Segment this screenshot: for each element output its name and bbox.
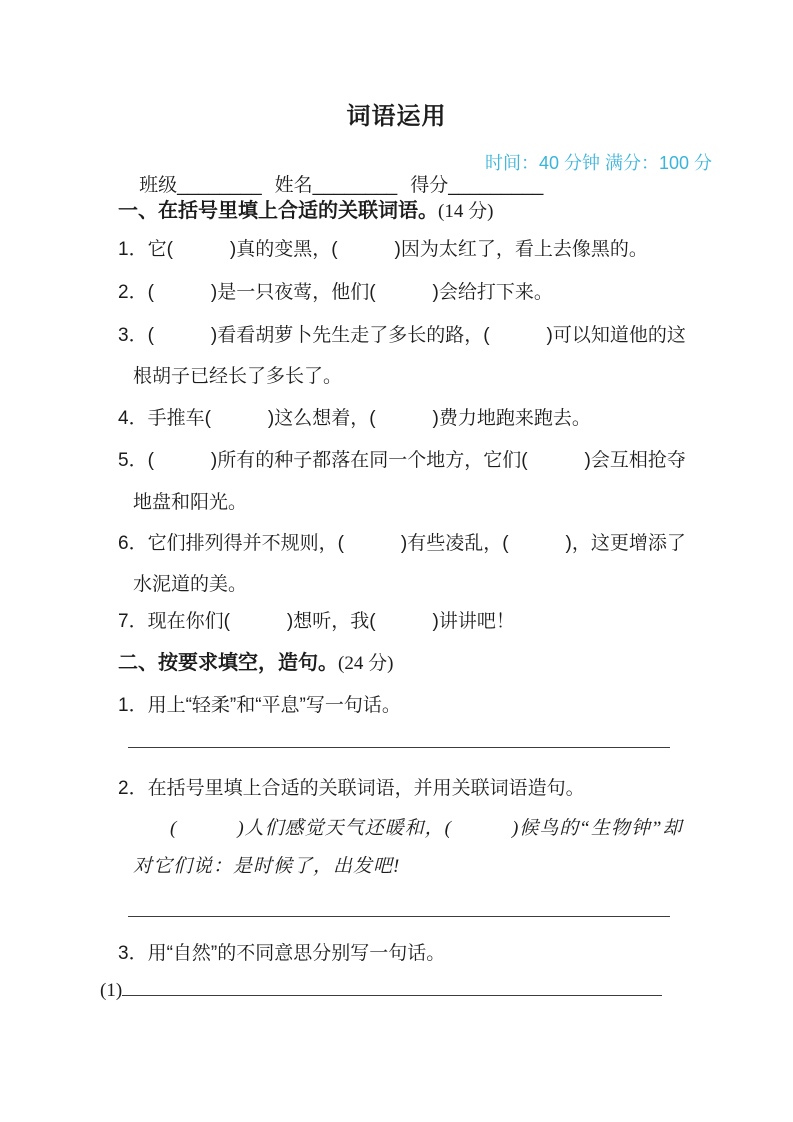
question-line-5-continuation: 地盘和阳光。 [133, 487, 247, 514]
question-line-7: 7．现在你们( )想听，我( )讲讲吧！ [118, 606, 515, 633]
section1-heading: 一、在括号里填上合适的关联词语。(14 分) [118, 194, 493, 223]
question-line-2: 2．( )是一只夜莺，他们( )会给打下来。 [118, 277, 553, 304]
passage-line-2: 对它们说：是时候了，出发吧! [133, 851, 400, 878]
name-blank-field: 姓名________ [275, 175, 398, 196]
section1-points: (14 分) [438, 201, 493, 222]
question-line-3-continuation: 根胡子已经长了多长了。 [133, 361, 342, 388]
section2-question-3: 3．用“自然”的不同意思分别写一句话。 [118, 938, 445, 965]
section2-question-2: 2．在括号里填上合适的关联词语，并用关联词语造句。 [118, 773, 585, 800]
section1-heading-text: 一、在括号里填上合适的关联词语。 [118, 200, 438, 222]
section2-question-1: 1．用上“轻柔”和“平息”写一句话。 [118, 690, 401, 717]
question-line-4: 4．手推车( )这么想着，( )费力地跑来跑去。 [118, 403, 591, 430]
question-line-6-continuation: 水泥道的美。 [133, 569, 247, 596]
section2-heading: 二、按要求填空，造句。(24 分) [118, 646, 393, 675]
worksheet-page: 词语运用 班级________姓名________得分_________ 时间：… [0, 0, 793, 1122]
passage-line-1: ( )人们感觉天气还暖和，( )候鸟的“生物钟”却 [170, 813, 682, 840]
class-blank-field: 班级________ [139, 175, 262, 196]
answer-blank-2[interactable] [128, 902, 670, 917]
time-and-total-score: 时间：40 分钟 满分：100 分 [485, 149, 712, 175]
sub-answer-label: (1) [100, 980, 122, 1001]
sub-answer-line-1: (1) [100, 980, 662, 1002]
score-blank-field: 得分_________ [410, 175, 543, 196]
question-line-3: 3．( )看看胡萝卜先生走了多长的路，( )可以知道他的这 [118, 320, 686, 347]
section2-points: (24 分) [338, 653, 393, 674]
question-line-5: 5．( )所有的种子都落在同一个地方，它们( )会互相抢夺 [118, 445, 686, 472]
page-title: 词语运用 [0, 96, 793, 131]
answer-blank-1[interactable] [128, 733, 670, 748]
section2-heading-text: 二、按要求填空，造句。 [118, 652, 338, 674]
answer-blank-3[interactable] [122, 980, 662, 996]
question-line-1: 1．它( )真的变黑，( )因为太红了，看上去像黑的。 [118, 234, 648, 261]
question-line-6: 6．它们排列得并不规则，( )有些凌乱，( )，这更增添了 [118, 528, 686, 555]
